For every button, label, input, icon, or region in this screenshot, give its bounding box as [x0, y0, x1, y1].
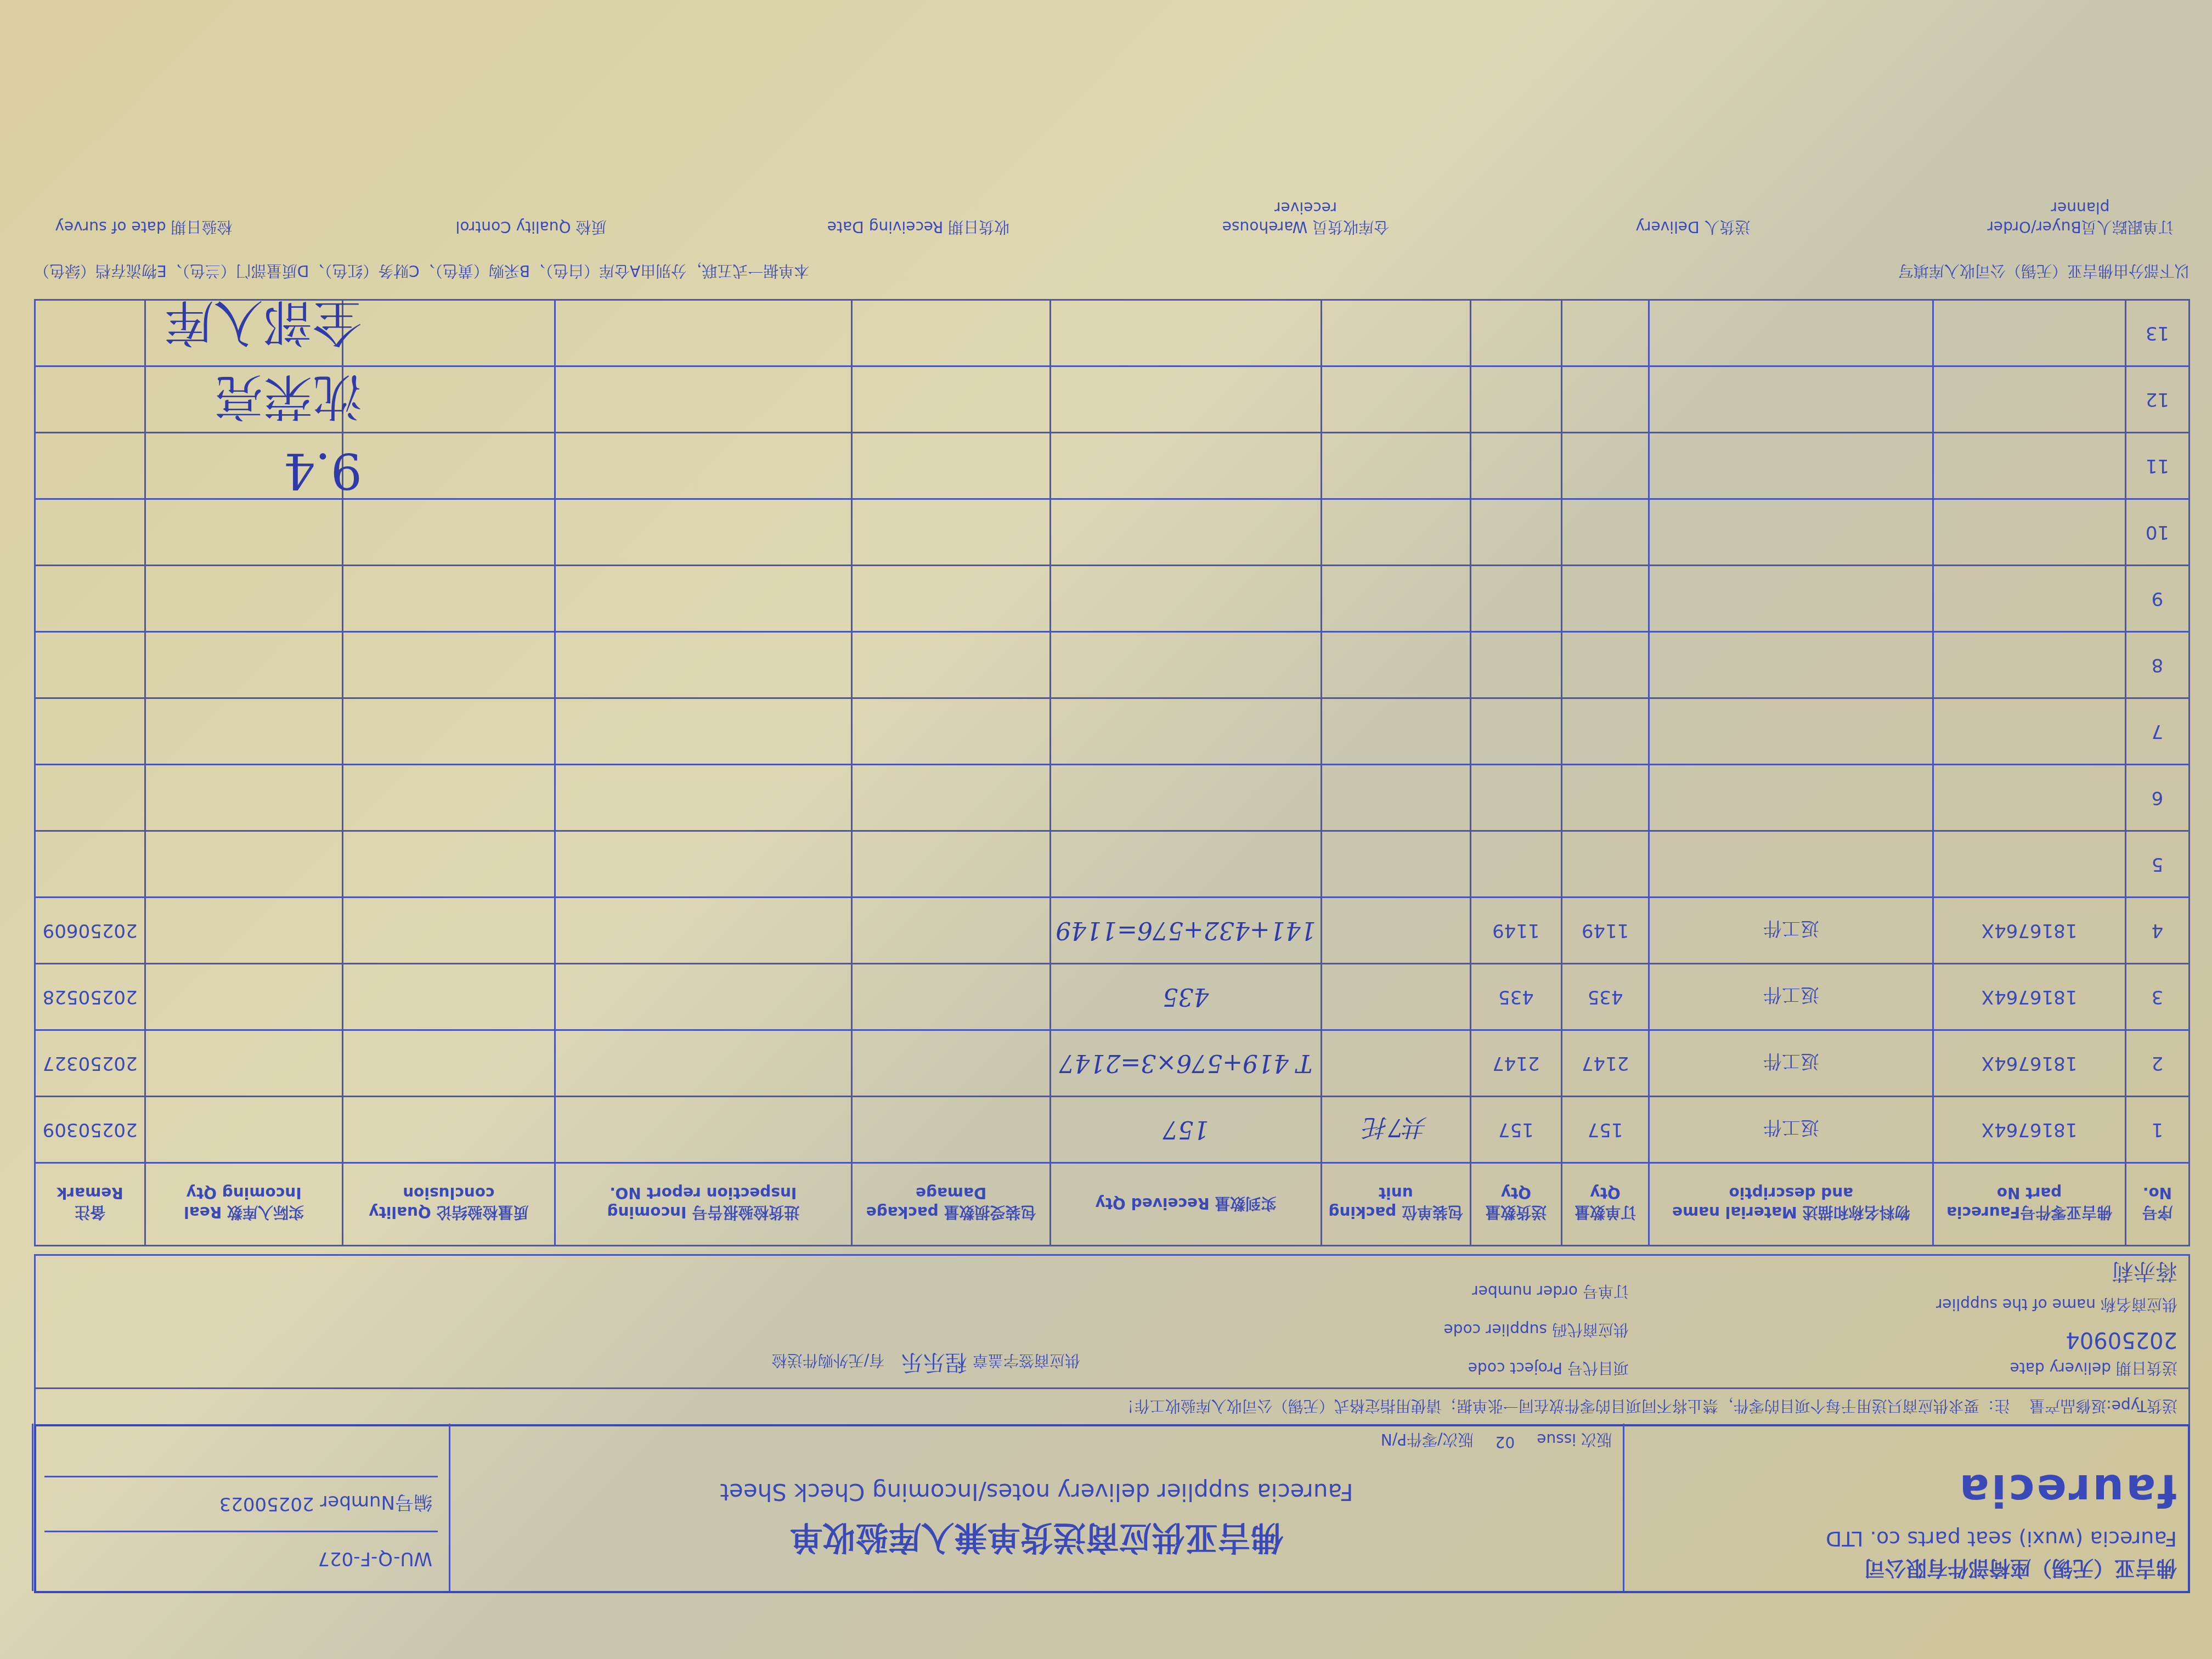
signature-field: 检验日期 date of survey: [34, 199, 253, 239]
cell-order_qty: [1561, 366, 1649, 433]
title-cn: 佛吉亚供应商送货单兼入库验收单: [461, 1516, 1612, 1564]
table-row: 418167​64X返工件11491149141+432+576=1149202…: [35, 898, 2190, 964]
cell-qty: 2147: [1470, 1030, 1561, 1097]
cell-no: 4: [2125, 898, 2189, 964]
column-header: 包装受损数量 package Damage: [852, 1163, 1051, 1246]
cell-real: [145, 831, 343, 898]
column-header: 订单数量Qty: [1561, 1163, 1649, 1246]
cell-quality: [342, 366, 555, 433]
cell-part: [1933, 831, 2126, 898]
cell-report: [555, 632, 851, 698]
cell-quality: [342, 1030, 555, 1097]
outsourced-label: 有/无外购件送检: [772, 1351, 884, 1369]
column-header: 进货检验报告号 Incoming Inspection report NO.: [555, 1163, 851, 1246]
cell-part: [1933, 366, 2126, 433]
signature-field: 仓库收货员 Warehouse receiver: [1196, 199, 1415, 239]
cell-remark: [35, 831, 145, 898]
cell-received: [1051, 632, 1322, 698]
cell-qty: [1470, 765, 1561, 831]
cell-order_qty: 2147: [1561, 1030, 1649, 1097]
table-row: 118167​64X返工件157157共7托15720250309: [35, 1097, 2190, 1163]
cell-quality: [342, 1097, 555, 1163]
issue-label: 版次 issue: [1537, 1429, 1612, 1451]
column-header: 序号 No.: [2125, 1163, 2189, 1246]
cell-received: [1051, 433, 1322, 499]
table-row: 9: [35, 566, 2190, 632]
cell-qty: 1149: [1470, 898, 1561, 964]
column-header: 包装单位 packing unit: [1321, 1163, 1470, 1246]
cell-quality: [342, 632, 555, 698]
company-block: 佛吉亚（无锡）座椅部件有限公司 Faurecia (wuxi) seat par…: [1623, 1424, 2188, 1591]
cell-pack: [1321, 499, 1470, 566]
delivery-sheet: 佛吉亚（无锡）座椅部件有限公司 Faurecia (wuxi) seat par…: [0, 0, 2212, 1659]
handwritten-note: 9.4 沈荣亮 全部入库: [165, 285, 362, 507]
project-code-label: 项目代号 Project code: [1102, 1358, 1629, 1380]
cell-received: 435: [1051, 964, 1322, 1030]
cell-remark: 20250528: [35, 964, 145, 1030]
cell-pack: [1321, 300, 1470, 366]
footer-copies-note: 本单据一式五联，分别由A仓库（白色）、B采购（黄色）、C财务（红色）、D质量部门…: [34, 261, 809, 283]
cell-quality: [342, 499, 555, 566]
company-cn: 佛吉亚（无锡）座椅部件有限公司: [1635, 1555, 2177, 1585]
cell-part: 18167​64X: [1933, 1030, 2126, 1097]
cell-quality: [342, 300, 555, 366]
cell-pack: [1321, 566, 1470, 632]
cell-remark: [35, 499, 145, 566]
cell-qty: [1470, 566, 1561, 632]
cell-report: [555, 1097, 851, 1163]
cell-order_qty: 1149: [1561, 898, 1649, 964]
cell-part: [1933, 300, 2126, 366]
cell-remark: 20250327: [35, 1030, 145, 1097]
cell-part: 18167​64X: [1933, 1097, 2126, 1163]
column-header: 质量检验结论 Quality conclusion: [342, 1163, 555, 1246]
cell-desc: [1649, 433, 1933, 499]
cell-real: [145, 698, 343, 765]
title-en: Faurecia supplier delivery notes/Incomin…: [461, 1479, 1612, 1505]
column-header: 实到数量 Received Qty: [1051, 1163, 1322, 1246]
cell-desc: [1649, 300, 1933, 366]
cell-damage: [852, 300, 1051, 366]
cell-no: 11: [2125, 433, 2189, 499]
cell-received: [1051, 499, 1322, 566]
cell-quality: [342, 698, 555, 765]
cell-remark: [35, 765, 145, 831]
cell-remark: [35, 698, 145, 765]
cell-desc: [1649, 366, 1933, 433]
cell-quality: [342, 831, 555, 898]
supplier-sign-label: 供应商签字盖章: [973, 1351, 1080, 1369]
cell-order_qty: [1561, 698, 1649, 765]
cell-no: 5: [2125, 831, 2189, 898]
table-row: 10: [35, 499, 2190, 566]
cell-pack: [1321, 698, 1470, 765]
cell-damage: [852, 499, 1051, 566]
company-en: Faurecia (wuxi) seat parts co. LTD: [1635, 1527, 2177, 1551]
cell-no: 2: [2125, 1030, 2189, 1097]
cell-part: [1933, 698, 2126, 765]
cell-pack: [1321, 433, 1470, 499]
cell-report: [555, 831, 851, 898]
cell-remark: [35, 632, 145, 698]
cell-no: 6: [2125, 765, 2189, 831]
table-row: 6: [35, 765, 2190, 831]
signature-field: 订单跟踪人员Buyer/Order planner: [1971, 199, 2190, 239]
issue-value: 02: [1496, 1429, 1515, 1451]
cell-part: [1933, 499, 2126, 566]
column-header: 实际入库数 Real Incoming Qty: [145, 1163, 343, 1246]
footer-copies: 以下部分由佛吉亚（无锡）公司收入库填写: [1898, 261, 2190, 283]
cell-remark: 20250309: [35, 1097, 145, 1163]
table-row: 8: [35, 632, 2190, 698]
cell-report: [555, 433, 851, 499]
cell-desc: [1649, 566, 1933, 632]
cell-received: T 419+576×3=2147: [1051, 1030, 1322, 1097]
cell-remark: [35, 366, 145, 433]
cell-received: [1051, 566, 1322, 632]
cell-quality: [342, 765, 555, 831]
cell-desc: [1649, 831, 1933, 898]
cell-damage: [852, 698, 1051, 765]
type-bar: 送货Type:返修品产量 注：要求供应商只送用于每个项目的零件，禁止将不同项目的…: [34, 1387, 2190, 1424]
cell-qty: [1470, 831, 1561, 898]
cell-no: 13: [2125, 300, 2189, 366]
type-label: 送货Type:返修品产量: [2029, 1397, 2177, 1415]
cell-report: [555, 566, 851, 632]
cell-real: [145, 964, 343, 1030]
cell-order_qty: 157: [1561, 1097, 1649, 1163]
cell-part: [1933, 566, 2126, 632]
column-header: 佛吉亚零件号Faurecia part No: [1933, 1163, 2126, 1246]
cell-report: [555, 765, 851, 831]
cell-damage: [852, 433, 1051, 499]
cell-no: 9: [2125, 566, 2189, 632]
header: 佛吉亚（无锡）座椅部件有限公司 Faurecia (wuxi) seat par…: [34, 1424, 2190, 1593]
supplier-name: 蒋赤莉: [1651, 1257, 2177, 1289]
cell-received: [1051, 831, 1322, 898]
cell-damage: [852, 765, 1051, 831]
signature-field: 质检 Quality Control: [421, 199, 641, 239]
cell-remark: [35, 566, 145, 632]
signature-row: 订单跟踪人员Buyer/Order planner送货人 Delivery仓库收…: [34, 199, 2190, 239]
supplier-code-label: 供应商代码 supplier code: [1102, 1319, 1629, 1341]
cell-order_qty: [1561, 566, 1649, 632]
cell-desc: [1649, 765, 1933, 831]
signature-field: 送货人 Delivery: [1583, 199, 1803, 239]
cell-desc: [1649, 499, 1933, 566]
cell-qty: [1470, 698, 1561, 765]
cell-no: 3: [2125, 964, 2189, 1030]
delivery-date: 20250904: [1651, 1327, 2177, 1352]
cell-damage: [852, 632, 1051, 698]
form-ids: WU-Q-F-027 编号Number 20250023: [32, 1424, 449, 1591]
info-section: 送货日期 delivery date 20250904 供应商名称 name o…: [34, 1254, 2190, 1387]
cell-real: [145, 765, 343, 831]
cell-pack: 共7托: [1321, 1097, 1470, 1163]
sheet-number: 编号Number 20250023: [44, 1476, 438, 1531]
cell-qty: 157: [1470, 1097, 1561, 1163]
cell-real: [145, 499, 343, 566]
table-row: 218167​64X返工件21472147T 419+576×3=2147202…: [35, 1030, 2190, 1097]
cell-quality: [342, 898, 555, 964]
cell-damage: [852, 898, 1051, 964]
title-block: 佛吉亚供应商送货单兼入库验收单 Faurecia supplier delive…: [449, 1424, 1623, 1591]
cell-desc: 返工件: [1649, 1097, 1933, 1163]
cell-received: [1051, 366, 1322, 433]
table-row: 318167​64X返工件43543543520250528: [35, 964, 2190, 1030]
cell-pack: [1321, 765, 1470, 831]
cell-received: 141+432+576=1149: [1051, 898, 1322, 964]
signature-field: 收货日期 Receiving Date: [809, 199, 1028, 239]
cell-remark: [35, 433, 145, 499]
cell-quality: [342, 964, 555, 1030]
cell-qty: 435: [1470, 964, 1561, 1030]
cell-desc: [1649, 698, 1933, 765]
supplier-sign: 程乐乐: [901, 1350, 967, 1375]
part-label: 版次/零件P/N: [1381, 1429, 1474, 1451]
table-row: 5: [35, 831, 2190, 898]
table-row: 7: [35, 698, 2190, 765]
cell-report: [555, 698, 851, 765]
cell-part: 18167​64X: [1933, 964, 2126, 1030]
cell-pack: [1321, 831, 1470, 898]
cell-desc: 返工件: [1649, 964, 1933, 1030]
cell-pack: [1321, 964, 1470, 1030]
faurecia-logo: faurecia: [1635, 1465, 2177, 1516]
cell-damage: [852, 1030, 1051, 1097]
cell-desc: [1649, 632, 1933, 698]
notice: 注：要求供应商只送用于每个项目的零件，禁止将不同项目的零件放在同一张单据；请使用…: [1119, 1397, 2010, 1415]
form-number: WU-Q-F-027: [44, 1531, 438, 1585]
cell-desc: 返工件: [1649, 898, 1933, 964]
cell-quality: [342, 566, 555, 632]
cell-order_qty: [1561, 499, 1649, 566]
cell-damage: [852, 831, 1051, 898]
cell-no: 7: [2125, 698, 2189, 765]
footer: 以下部分由佛吉亚（无锡）公司收入库填写 本单据一式五联，分别由A仓库（白色）、B…: [34, 261, 2190, 283]
cell-damage: [852, 964, 1051, 1030]
cell-part: 18167​64X: [1933, 898, 2126, 964]
cell-order_qty: [1561, 433, 1649, 499]
cell-desc: 返工件: [1649, 1030, 1933, 1097]
cell-qty: [1470, 632, 1561, 698]
cell-qty: [1470, 366, 1561, 433]
cell-no: 12: [2125, 366, 2189, 433]
cell-part: [1933, 632, 2126, 698]
column-header: 送货数量 Qty: [1470, 1163, 1561, 1246]
cell-real: [145, 1030, 343, 1097]
cell-no: 8: [2125, 632, 2189, 698]
cell-report: [555, 300, 851, 366]
cell-real: [145, 898, 343, 964]
cell-report: [555, 1030, 851, 1097]
cell-received: [1051, 698, 1322, 765]
supplier-name-label: 供应商名称 name of the supplier: [1651, 1294, 2177, 1316]
column-header: 物料名称和描述 Material name and descriptio: [1649, 1163, 1933, 1246]
cell-pack: [1321, 1030, 1470, 1097]
cell-qty: [1470, 433, 1561, 499]
delivery-date-label: 送货日期 delivery date: [1651, 1358, 2177, 1380]
cell-order_qty: [1561, 300, 1649, 366]
cell-order_qty: [1561, 765, 1649, 831]
cell-quality: [342, 433, 555, 499]
cell-qty: [1470, 499, 1561, 566]
cell-real: [145, 632, 343, 698]
cell-pack: [1321, 898, 1470, 964]
column-header: 备注 Remark: [35, 1163, 145, 1246]
cell-received: 157: [1051, 1097, 1322, 1163]
cell-real: [145, 566, 343, 632]
cell-no: 1: [2125, 1097, 2189, 1163]
cell-report: [555, 499, 851, 566]
order-number-label: 订单号 order number: [1102, 1281, 1629, 1303]
cell-remark: 20250609: [35, 898, 145, 964]
cell-real: [145, 1097, 343, 1163]
cell-part: [1933, 433, 2126, 499]
cell-report: [555, 964, 851, 1030]
cell-damage: [852, 1097, 1051, 1163]
cell-received: [1051, 300, 1322, 366]
cell-remark: [35, 300, 145, 366]
cell-qty: [1470, 300, 1561, 366]
cell-pack: [1321, 366, 1470, 433]
cell-received: [1051, 765, 1322, 831]
cell-report: [555, 898, 851, 964]
cell-order_qty: 435: [1561, 964, 1649, 1030]
cell-part: [1933, 765, 2126, 831]
cell-order_qty: [1561, 831, 1649, 898]
cell-damage: [852, 566, 1051, 632]
cell-no: 10: [2125, 499, 2189, 566]
cell-report: [555, 366, 851, 433]
cell-order_qty: [1561, 632, 1649, 698]
cell-damage: [852, 366, 1051, 433]
cell-pack: [1321, 632, 1470, 698]
